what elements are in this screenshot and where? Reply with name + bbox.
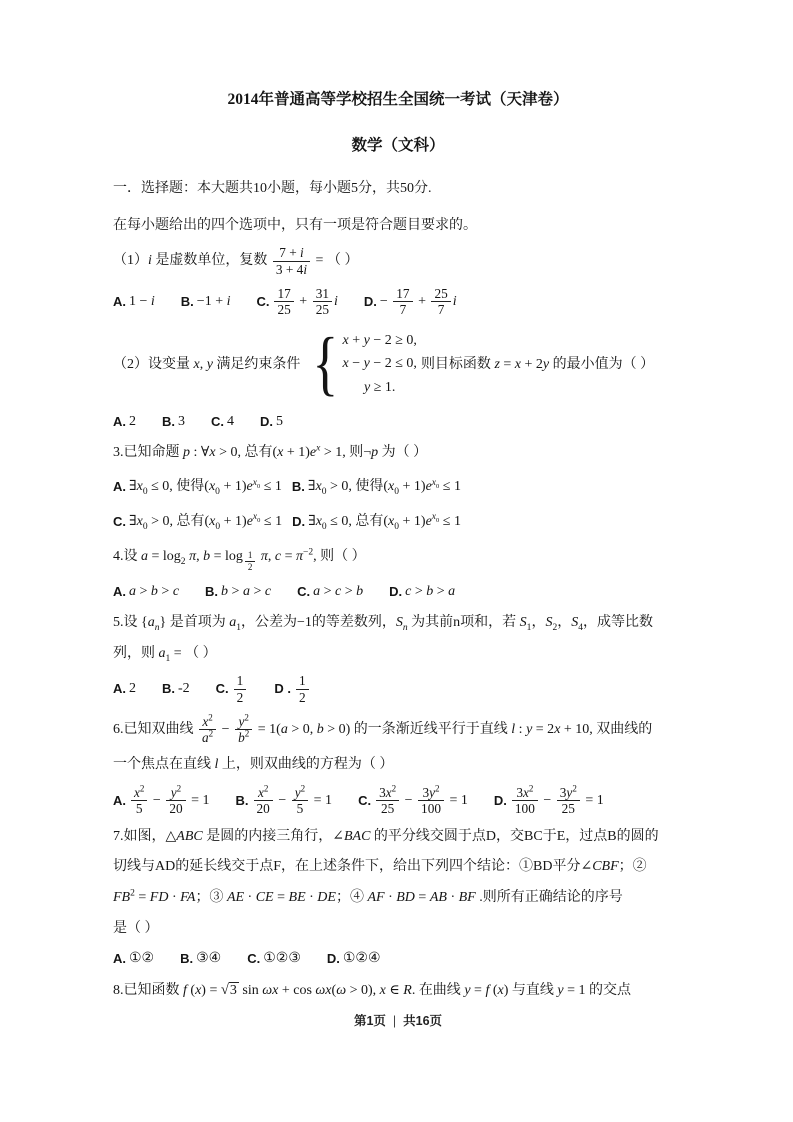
question-stem-line: 切线与AD的延长线交于点F，在上述条件下，给出下列四个结论：①BD平分∠CBF；… (113, 856, 683, 878)
subscript: 0 (436, 517, 439, 524)
math-italic: y (364, 333, 370, 348)
math-italic: c (335, 584, 341, 599)
square-root: √3 (221, 983, 239, 998)
question-7: 7.如图，△ABC 是圆的内接三角行，∠BAC 的平分线交圆于点D，交BC于E，… (113, 826, 683, 970)
question-stem-line: 8.已知函数 f (x) = √3 sin ωx + cos ωx(ω > 0)… (113, 979, 683, 1002)
math-italic: FD (150, 890, 169, 905)
math-italic: π (261, 549, 268, 564)
subscript: 0 (394, 522, 399, 532)
fraction: 12 (245, 550, 256, 572)
math-italic: π (189, 549, 196, 564)
fraction: 177 (393, 286, 412, 318)
options-row: A.1 − iB.−1 + iC.1725 + 3125iD.− 177 + 2… (113, 286, 683, 318)
subscript: 0 (394, 487, 399, 497)
option-B: B.∃x0 > 0, 使得(x0 + 1)ex0 ≤ 1 (292, 476, 461, 498)
option-B: B.-2 (162, 678, 190, 700)
fraction: 3y2100 (418, 785, 444, 817)
math-italic: i (227, 294, 231, 309)
option-content: -2 (178, 678, 190, 700)
fraction: x25 (131, 785, 147, 817)
fraction: 7 + i3 + 4i (273, 245, 310, 277)
math-italic: c (265, 584, 271, 599)
option-label: C. (297, 582, 310, 602)
fraction-denominator: b2 (235, 730, 252, 745)
footer-separator: | (393, 1014, 396, 1028)
fraction-denominator: 25 (313, 302, 332, 317)
option-A: A.∃x0 ≤ 0, 使得(x0 + 1)ex0 ≤ 1 (113, 476, 282, 498)
math-italic: c (405, 584, 411, 599)
fraction-numerator: x2 (199, 714, 216, 730)
math-italic: FB (113, 890, 130, 905)
question-1: （1）i 是虚数单位，复数 7 + i3 + 4i = （ ）A.1 − iB.… (113, 245, 683, 317)
option-A: A.a > b > c (113, 581, 179, 603)
math-italic: a (148, 615, 155, 630)
option-label: B. (236, 791, 249, 811)
option-label: B. (181, 292, 194, 312)
superscript: 2 (572, 784, 577, 794)
math-italic: i (334, 294, 338, 309)
option-content: 3x2100 − 3y225 = 1 (510, 785, 604, 817)
option-content: −1 + i (197, 291, 231, 313)
superscript: 2 (177, 784, 182, 794)
math-italic: c (173, 584, 179, 599)
option-D: D.①②④ (327, 948, 381, 970)
option-D: D.∃x0 ≤ 0, 总有(x0 + 1)ex0 ≤ 1 (292, 511, 461, 533)
option-label: B. (205, 582, 218, 602)
option-A: A.x25 − y220 = 1 (113, 785, 210, 817)
option-B: B.−1 + i (181, 291, 231, 313)
option-C: C.4 (211, 411, 234, 433)
question-5: 5.设 {an} 是首项为 a1，公差为−1的等差数列，Sn 为其前n项和，若 … (113, 612, 683, 705)
option-label: D . (274, 679, 291, 699)
fraction-numerator: 1 (245, 550, 256, 561)
exam-title: 2014年普通高等学校招生全国统一考试（天津卷） (113, 88, 683, 112)
option-content: a > b > c (129, 581, 179, 603)
math-italic: AB (430, 890, 447, 905)
math-italic: y (464, 983, 470, 998)
fraction-numerator: 17 (393, 286, 412, 302)
question-stem-line: 3.已知命题 p : ∀x > 0, 总有(x + 1)ex > 1, 则¬p … (113, 442, 683, 464)
math-italic: f (183, 983, 187, 998)
math-italic: p (371, 445, 378, 460)
superscript: 2 (208, 712, 213, 722)
fraction-denominator: 2 (296, 690, 309, 705)
subscript: n (403, 623, 408, 633)
option-content: ①②③ (263, 948, 301, 970)
superscript: 2 (301, 784, 306, 794)
math-italic: p (183, 445, 190, 460)
option-content: x220 − y25 = 1 (252, 785, 333, 817)
math-italic: n (403, 623, 408, 633)
option-A: A.2 (113, 411, 136, 433)
option-label: D. (364, 292, 377, 312)
option-content: 3 (178, 411, 185, 433)
subscript: 2 (552, 623, 557, 633)
math-italic: ABC (176, 829, 202, 844)
option-content: b > a > c (221, 581, 271, 603)
math-italic: S (520, 615, 527, 630)
option-content: 2 (129, 411, 136, 433)
option-C: C.∃x0 > 0, 总有(x0 + 1)ex0 ≤ 1 (113, 511, 282, 533)
options-row: A.x25 − y220 = 1B.x220 − y25 = 1C.3x225 … (113, 785, 683, 817)
math-italic: a (159, 646, 166, 661)
option-content: x25 − y220 = 1 (129, 785, 210, 817)
options-row: A.∃x0 ≤ 0, 使得(x0 + 1)ex0 ≤ 1B.∃x0 > 0, 使… (113, 476, 683, 498)
math-italic: FA (180, 890, 195, 905)
superscript: 2 (209, 729, 214, 739)
fraction: y25 (292, 785, 308, 817)
question-6: 6.已知双曲线 x2a2 − y2b2 = 1(a > 0, b > 0) 的一… (113, 714, 683, 817)
option-label: B. (180, 949, 193, 969)
fraction: y220 (166, 785, 185, 817)
option-content: c > b > a (405, 581, 455, 603)
option-label: A. (113, 791, 126, 811)
option-D: D.5 (260, 411, 283, 433)
math-italic: a (281, 722, 288, 737)
fraction-denominator: 7 (393, 302, 412, 317)
fraction-numerator: 1 (234, 673, 247, 689)
question-stem-line: 5.设 {an} 是首项为 a1，公差为−1的等差数列，Sn 为其前n项和，若 … (113, 612, 683, 634)
math-italic: y (364, 380, 370, 395)
fraction-denominator: 25 (274, 302, 293, 317)
math-italic: CE (256, 890, 274, 905)
math-italic: i (303, 262, 307, 277)
subscript: 0 (257, 517, 260, 524)
option-content: 1725 + 3125i (272, 286, 337, 318)
math-italic: i (148, 253, 152, 268)
math-italic: n (155, 623, 160, 633)
option-content: 3x225 − 3y2100 = 1 (374, 785, 468, 817)
fraction-numerator: y2 (292, 785, 308, 801)
fraction-denominator: 7 (431, 302, 450, 317)
option-C: C.12 (216, 673, 249, 705)
subscript: 1 (527, 623, 532, 633)
fraction: 3y225 (557, 785, 580, 817)
options-row: A.①②B.③④C.①②③D.①②④ (113, 948, 683, 970)
fraction-denominator: 25 (376, 801, 399, 816)
math-italic: x (343, 356, 349, 371)
fraction-numerator: 3x2 (376, 785, 399, 801)
superscript: 2 (435, 784, 440, 794)
option-D: D.3x2100 − 3y225 = 1 (494, 785, 604, 817)
option-label: D. (260, 412, 273, 432)
question-stem-line: （1）i 是虚数单位，复数 7 + i3 + 4i = （ ） (113, 245, 683, 277)
fraction-denominator: 20 (254, 801, 273, 816)
subscript: 1 (166, 653, 171, 663)
option-C: C.a > c > b (297, 581, 363, 603)
fraction-numerator: 1 (296, 673, 309, 689)
math-italic: y (543, 356, 549, 371)
option-content: 12 (294, 673, 311, 705)
math-italic: a (448, 584, 455, 599)
option-content: 1 − i (129, 291, 155, 313)
math-italic: a (141, 549, 148, 564)
question-4: 4.设 a = log2 π, b = log12 π, c = π−2, 则（… (113, 546, 683, 603)
math-italic: ωx (315, 983, 331, 998)
exam-page: 2014年普通高等学校招生全国统一考试（天津卷） 数学（文科） 一．选择题：本大… (0, 0, 793, 1031)
subscript: 1 (236, 623, 241, 633)
options-row: A.a > b > cB.b > a > cC.a > c > bD.c > b… (113, 581, 683, 603)
subscript: 0 (322, 487, 327, 497)
option-content: ①②④ (343, 948, 381, 970)
fraction-numerator: 3x2 (512, 785, 538, 801)
option-C: C.3x225 − 3y2100 = 1 (358, 785, 468, 817)
math-italic: b (238, 730, 245, 745)
system-rows: x + y − 2 ≥ 0,x − y − 2 ≤ 0,y ≥ 1. (343, 329, 417, 400)
subscript: 0 (257, 483, 260, 490)
system-row: x − y − 2 ≤ 0, (343, 352, 417, 376)
option-label: B. (292, 477, 305, 497)
math-italic: x (498, 983, 504, 998)
fraction: x220 (254, 785, 273, 817)
option-B: B.③④ (180, 948, 221, 970)
superscript: 2 (244, 712, 249, 722)
math-italic: a (243, 584, 250, 599)
option-A: A.2 (113, 678, 136, 700)
math-italic: x (277, 445, 283, 460)
option-content: 2 (129, 678, 136, 700)
math-italic: z (494, 356, 499, 371)
fraction-denominator: 2 (245, 562, 256, 572)
math-italic: i (151, 294, 155, 309)
math-italic: c (275, 549, 281, 564)
superscript: 2 (264, 784, 269, 794)
math-italic: x (554, 722, 560, 737)
subscript: 0 (143, 522, 148, 532)
options-row: C.∃x0 > 0, 总有(x0 + 1)ex0 ≤ 1D.∃x0 ≤ 0, 总… (113, 511, 683, 533)
math-italic: π (296, 549, 303, 564)
math-italic: b (317, 722, 324, 737)
math-italic: R (403, 983, 412, 998)
math-italic: BF (459, 890, 476, 905)
fraction-denominator: 100 (418, 801, 444, 816)
question-stem-line: 列，则 a1 = （ ） (113, 643, 683, 665)
fraction-numerator: x2 (131, 785, 147, 801)
section-title: 一．选择题：本大题共10小题，每小题5分，共50分. (113, 178, 683, 200)
fraction: 12 (296, 673, 309, 705)
section-note: 在每小题给出的四个选项中，只有一项是符合题目要求的。 (113, 215, 683, 237)
fraction-numerator: 31 (313, 286, 332, 302)
option-label: A. (113, 292, 126, 312)
constraint-system: {x + y − 2 ≥ 0,x − y − 2 ≤ 0,y ≥ 1. (308, 329, 417, 400)
option-label: C. (247, 949, 260, 969)
math-italic: a (313, 584, 320, 599)
system-row: x + y − 2 ≥ 0, (343, 329, 417, 353)
subscript: 0 (215, 522, 220, 532)
fraction-denominator: 20 (166, 801, 185, 816)
math-italic: x (195, 983, 201, 998)
math-italic: AF (367, 890, 384, 905)
fraction: y2b2 (235, 714, 252, 746)
radicand: 3 (229, 982, 239, 998)
option-content: 4 (227, 411, 234, 433)
question-stem-line: （2）设变量 x, y 满足约束条件 {x + y − 2 ≥ 0,x − y … (113, 327, 683, 402)
option-label: B. (162, 679, 175, 699)
fraction: 1725 (274, 286, 293, 318)
fraction-numerator: x2 (254, 785, 273, 801)
superscript: x (316, 443, 320, 453)
question-list: （1）i 是虚数单位，复数 7 + i3 + 4i = （ ）A.1 − iB.… (113, 245, 683, 1001)
subscript: 0 (436, 483, 439, 490)
math-italic: y (364, 356, 370, 371)
superscript: 2 (392, 784, 397, 794)
math-italic: b (151, 584, 158, 599)
option-label: A. (113, 679, 126, 699)
page-footer: 第1页|共16页 (113, 1012, 683, 1031)
math-italic: x (515, 356, 521, 371)
option-label: C. (256, 292, 269, 312)
fraction-numerator: 3y2 (418, 785, 444, 801)
superscript: −2 (303, 547, 313, 557)
option-D: D .12 (274, 673, 310, 705)
fraction: 257 (431, 286, 450, 318)
math-italic: x (343, 333, 349, 348)
subscript: 2 (181, 556, 186, 566)
option-label: A. (113, 477, 126, 497)
question-stem-line: 一个焦点在直线 l 上，则双曲线的方程为（ ） (113, 754, 683, 776)
question-2: （2）设变量 x, y 满足约束条件 {x + y − 2 ≥ 0,x − y … (113, 327, 683, 433)
option-label: C. (211, 412, 224, 432)
option-content: − 177 + 257i (380, 286, 457, 318)
option-label: A. (113, 412, 126, 432)
fraction: x2a2 (199, 714, 216, 746)
fraction-numerator: 3y2 (557, 785, 580, 801)
page-number: 第1页 (354, 1014, 386, 1028)
option-content: ∃x0 > 0, 使得(x0 + 1)ex0 ≤ 1 (308, 476, 461, 498)
superscript: x0 (432, 512, 439, 522)
math-italic: CBF (592, 859, 618, 874)
option-label: D. (327, 949, 340, 969)
option-C: C.①②③ (247, 948, 301, 970)
option-content: 5 (276, 411, 283, 433)
math-italic: DE (317, 890, 336, 905)
options-row: A.2B.-2C.12D .12 (113, 673, 683, 705)
fraction-denominator: a2 (199, 730, 216, 745)
option-label: D. (494, 791, 507, 811)
fraction-numerator: 7 + i (273, 245, 310, 261)
fraction-denominator: 5 (292, 801, 308, 816)
subscript: 0 (215, 487, 220, 497)
fraction-numerator: 25 (431, 286, 450, 302)
superscript: 2 (245, 729, 250, 739)
superscript: x0 (253, 512, 260, 522)
fraction-denominator: 100 (512, 801, 538, 816)
option-C: C.1725 + 3125i (256, 286, 337, 318)
option-content: 12 (232, 673, 249, 705)
option-label: C. (113, 512, 126, 532)
fraction: 3x225 (376, 785, 399, 817)
fraction-denominator: 25 (557, 801, 580, 816)
question-stem-line: 是（ ） (113, 918, 683, 940)
fraction: 3125 (313, 286, 332, 318)
option-B: B.x220 − y25 = 1 (236, 785, 333, 817)
math-italic: x (194, 356, 200, 371)
fraction: 12 (234, 673, 247, 705)
math-italic: x (380, 983, 386, 998)
radical-sign: √ (221, 982, 229, 998)
subscript: 4 (578, 623, 583, 633)
question-stem-line: 6.已知双曲线 x2a2 − y2b2 = 1(a > 0, b > 0) 的一… (113, 714, 683, 746)
math-italic: l (511, 722, 515, 737)
option-D: D.− 177 + 257i (364, 286, 457, 318)
fraction-denominator: 3 + 4i (273, 262, 310, 277)
fraction-numerator: y2 (235, 714, 252, 730)
math-italic: b (203, 549, 210, 564)
option-A: A.①② (113, 948, 154, 970)
subscript: n (155, 623, 160, 633)
math-italic: i (453, 294, 457, 309)
superscript: 2 (529, 784, 534, 794)
math-italic: x (316, 443, 320, 453)
math-italic: ωx (262, 983, 278, 998)
exam-subject: 数学（文科） (113, 134, 683, 158)
option-content: ③④ (196, 948, 221, 970)
left-brace: { (312, 335, 338, 393)
math-italic: f (485, 983, 489, 998)
option-label: D. (292, 512, 305, 532)
option-label: B. (162, 412, 175, 432)
option-content: ∃x0 > 0, 总有(x0 + 1)ex0 ≤ 1 (129, 511, 282, 533)
exam-header: 2014年普通高等学校招生全国统一考试（天津卷） 数学（文科） (113, 88, 683, 158)
fraction: 3x2100 (512, 785, 538, 817)
subscript: 0 (322, 522, 327, 532)
math-italic: AE (227, 890, 244, 905)
math-italic: x (209, 445, 215, 460)
option-B: B.b > a > c (205, 581, 271, 603)
option-content: ∃x0 ≤ 0, 使得(x0 + 1)ex0 ≤ 1 (129, 476, 282, 498)
question-3: 3.已知命题 p : ∀x > 0, 总有(x + 1)ex > 1, 则¬p … (113, 442, 683, 533)
math-italic: BD (396, 890, 415, 905)
question-stem-line: FB2 = FD · FA；③ AE · CE = BE · DE；④ AF ·… (113, 887, 683, 909)
option-B: B.3 (162, 411, 185, 433)
subscript: 12 (243, 556, 258, 566)
option-label: C. (216, 679, 229, 699)
fraction-denominator: 2 (234, 690, 247, 705)
math-italic: l (215, 757, 219, 772)
options-row: A.2B.3C.4D.5 (113, 411, 683, 433)
option-label: D. (389, 582, 402, 602)
option-D: D.c > b > a (389, 581, 455, 603)
fraction-numerator: y2 (166, 785, 185, 801)
option-content: ∃x0 ≤ 0, 总有(x0 + 1)ex0 ≤ 1 (308, 511, 461, 533)
superscript: x0 (432, 478, 439, 488)
question-8: 8.已知函数 f (x) = √3 sin ωx + cos ωx(ω > 0)… (113, 979, 683, 1002)
math-italic: i (300, 245, 304, 260)
option-content: ①② (129, 948, 154, 970)
math-italic: a (202, 730, 209, 745)
math-italic: BE (289, 890, 306, 905)
superscript: 2 (130, 888, 135, 898)
math-italic: S (396, 615, 403, 630)
option-label: A. (113, 582, 126, 602)
option-content: a > c > b (313, 581, 363, 603)
question-stem-line: 4.设 a = log2 π, b = log12 π, c = π−2, 则（… (113, 546, 683, 573)
math-italic: b (426, 584, 433, 599)
subscript: 0 (143, 487, 148, 497)
fraction-denominator: 5 (131, 801, 147, 816)
superscript: 2 (140, 784, 145, 794)
question-stem-line: 7.如图，△ABC 是圆的内接三角行，∠BAC 的平分线交圆于点D，交BC于E，… (113, 826, 683, 848)
math-italic: BAC (344, 829, 370, 844)
math-italic: b (356, 584, 363, 599)
option-label: A. (113, 949, 126, 969)
system-row: y ≥ 1. (343, 376, 417, 400)
math-italic: b (221, 584, 228, 599)
math-italic: y (557, 983, 563, 998)
page-total: 共16页 (403, 1014, 442, 1028)
option-A: A.1 − i (113, 291, 155, 313)
math-italic: ω (336, 983, 346, 998)
